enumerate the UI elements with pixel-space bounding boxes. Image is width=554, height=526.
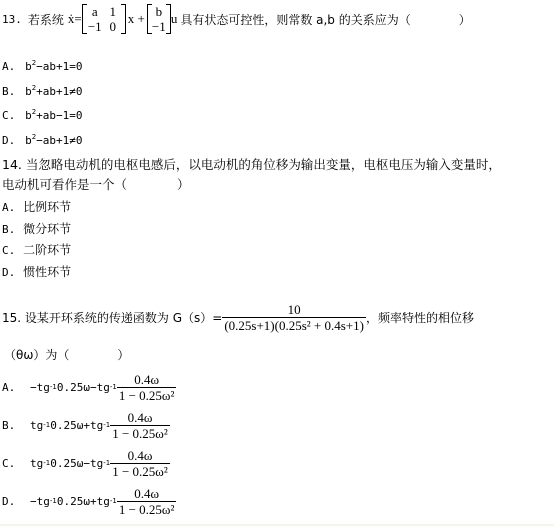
question-14-stem: 14. 当忽略电动机的电枢电感后，以电动机的角位移为输出变量，电枢电压为输入变量… bbox=[2, 155, 501, 195]
transfer-function-fraction: 10 (0.25s+1)(0.25s² + 0.4s+1) bbox=[222, 302, 366, 333]
question-text-suffix: 具有状态可控性，则常数 a,b 的关系应为（ ） bbox=[180, 11, 470, 28]
state-term: x + bbox=[128, 11, 145, 27]
question-text: 若系统 bbox=[28, 11, 64, 28]
question-number: 13. bbox=[2, 13, 22, 26]
state-derivative: ẋ= bbox=[68, 11, 82, 27]
option-b[interactable]: B. 微分环节 bbox=[2, 219, 71, 241]
question-text-suffix: ，频率特性的相位移 bbox=[366, 309, 474, 326]
option-b[interactable]: B. b2+ab+1≠0 bbox=[2, 78, 83, 103]
question-text: 14. 当忽略电动机的电枢电感后，以电动机的角位移为输出变量，电枢电压为输入变量… bbox=[2, 155, 501, 175]
option-d[interactable]: D. −tg-1 0.25ω+tg-1 0.4ω1 − 0.25ω² bbox=[2, 482, 176, 520]
question-15-options: A. −tg-1 0.25ω−tg-1 0.4ω1 − 0.25ω² B. tg… bbox=[2, 368, 176, 520]
option-d[interactable]: D. b2−ab+1≠0 bbox=[2, 127, 83, 152]
option-c[interactable]: C. tg-1 0.25ω−tg-1 0.4ω1 − 0.25ω² bbox=[2, 444, 176, 482]
option-a[interactable]: A. 比例环节 bbox=[2, 197, 71, 219]
option-a[interactable]: A. b2−ab+1=0 bbox=[2, 53, 83, 78]
option-d[interactable]: D. 惯性环节 bbox=[2, 262, 71, 284]
matrix-a: a 1 −1 0 bbox=[82, 4, 126, 34]
question-text-line2: 电动机可看作是一个（ ） bbox=[2, 175, 501, 195]
question-15-line2: （θω）为（ ） bbox=[4, 346, 129, 363]
option-a[interactable]: A. −tg-1 0.25ω−tg-1 0.4ω1 − 0.25ω² bbox=[2, 368, 176, 406]
question-13-stem: 13. 若系统 ẋ= a 1 −1 0 x + b −1 u 具有状态可控性，则… bbox=[2, 4, 471, 34]
matrix-b: b −1 bbox=[147, 4, 171, 34]
question-15-stem: 15. 设某开环系统的传递函数为 G（s）= 10 (0.25s+1)(0.25… bbox=[2, 302, 474, 333]
option-fraction: 0.4ω1 − 0.25ω² bbox=[110, 448, 170, 479]
question-14-options: A. 比例环节 B. 微分环节 C. 二阶环节 D. 惯性环节 bbox=[2, 197, 71, 283]
option-fraction: 0.4ω1 − 0.25ω² bbox=[117, 486, 177, 517]
option-fraction: 0.4ω1 − 0.25ω² bbox=[117, 372, 177, 403]
option-c[interactable]: C. 二阶环节 bbox=[2, 240, 71, 262]
option-fraction: 0.4ω1 − 0.25ω² bbox=[110, 410, 170, 441]
option-c[interactable]: C. b2+ab−1=0 bbox=[2, 102, 83, 127]
option-b[interactable]: B. tg-1 0.25ω+tg-1 0.4ω1 − 0.25ω² bbox=[2, 406, 176, 444]
question-text: 15. 设某开环系统的传递函数为 G（s）= bbox=[2, 309, 222, 326]
question-13-options: A. b2−ab+1=0 B. b2+ab+1≠0 C. b2+ab−1=0 D… bbox=[2, 53, 83, 151]
input-var: u bbox=[171, 11, 178, 27]
